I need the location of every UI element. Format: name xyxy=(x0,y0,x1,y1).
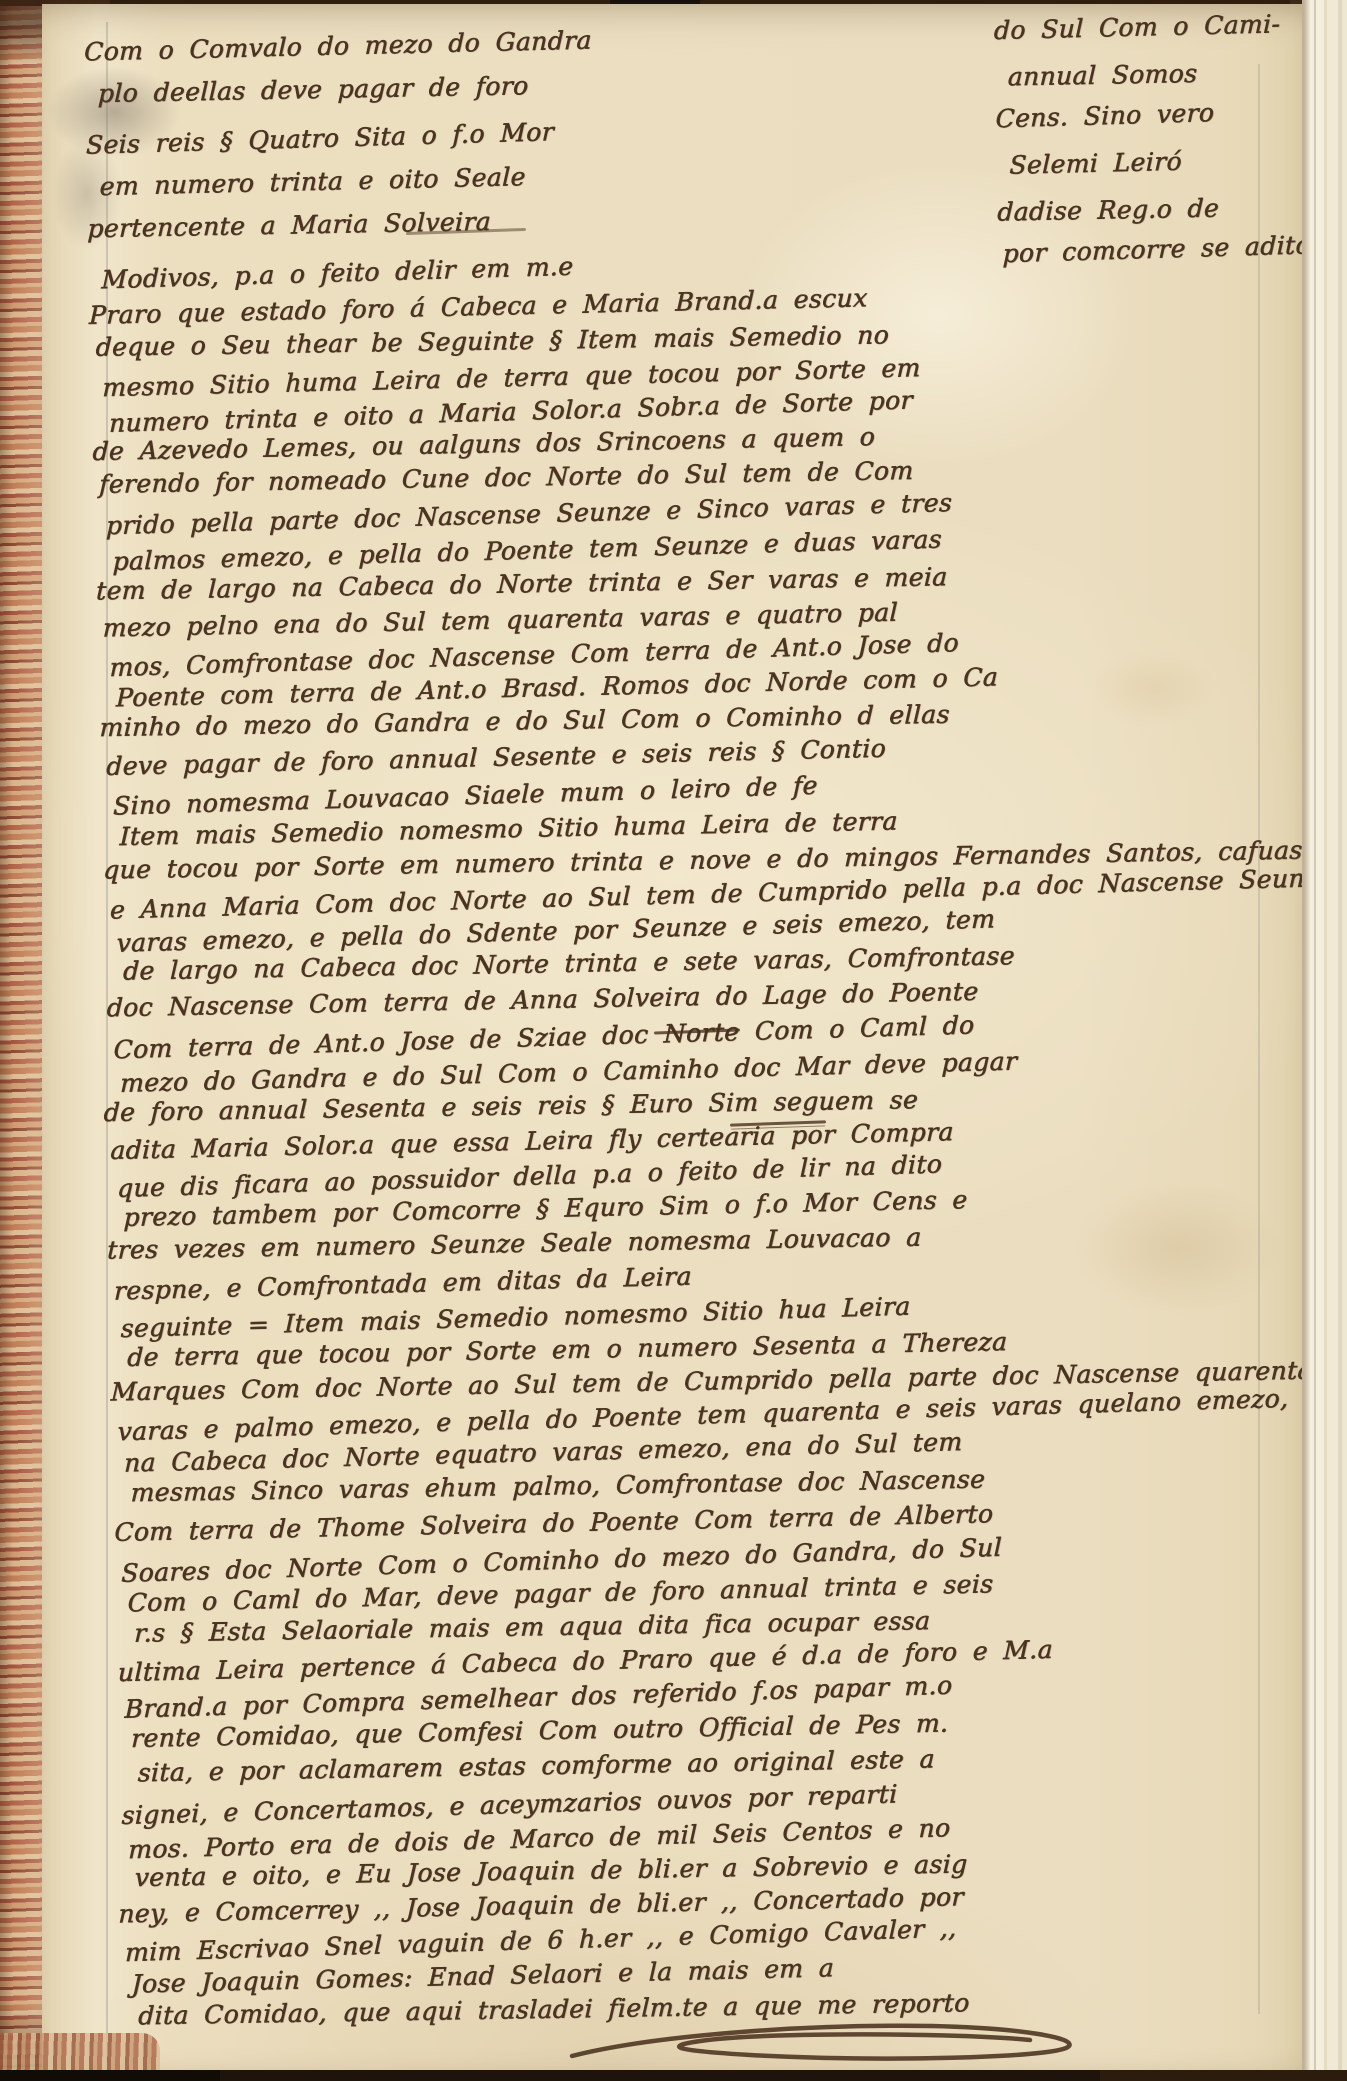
book-cover-edge-bottom xyxy=(0,2070,1347,2081)
page-edges-left xyxy=(0,6,44,2075)
manuscript-line-right: do Sul Com o Cami- xyxy=(993,1,1294,53)
signature-flourish xyxy=(560,2012,1100,2076)
manuscript-line-right: Selemi Leiró xyxy=(1009,136,1310,188)
handwritten-text: Com o Comvalo do mezo do Gandrado Sul Co… xyxy=(84,4,1331,2036)
page-corner-bottom-left xyxy=(0,2033,160,2073)
underlying-page-edge xyxy=(1302,0,1347,2081)
manuscript-line-right: por comcorre se adito xyxy=(1002,222,1311,276)
page-crease xyxy=(1314,0,1316,2081)
page-crease xyxy=(1338,0,1340,2081)
manuscript-line-right: Cens. Sino vero xyxy=(995,88,1296,142)
manuscript-page: Com o Comvalo do mezo do Gandrado Sul Co… xyxy=(42,4,1304,2077)
book-scan: Com o Comvalo do mezo do Gandrado Sul Co… xyxy=(0,0,1347,2081)
